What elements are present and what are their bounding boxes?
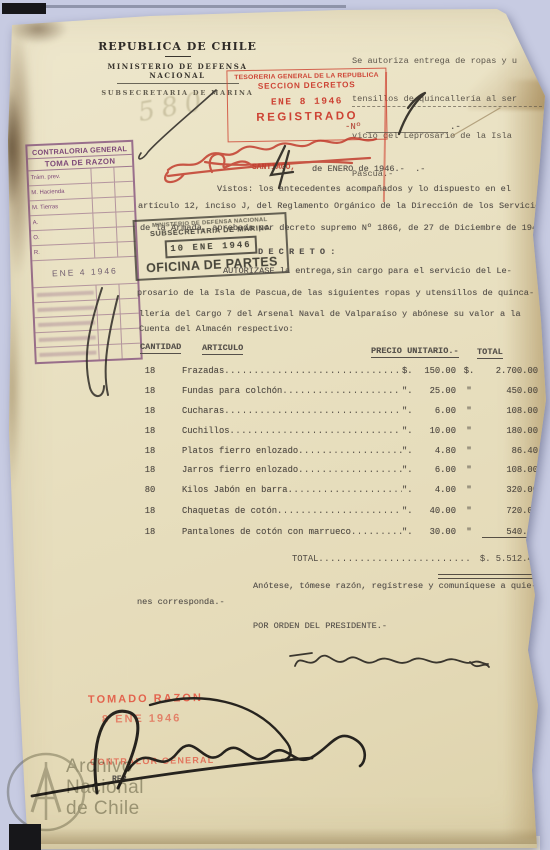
- contraloria-row-label: R.: [32, 248, 94, 257]
- cell-currency: ".: [402, 386, 418, 396]
- cell-total: 720.00: [482, 506, 538, 516]
- contraloria-col: [92, 213, 116, 228]
- illegible-text-smudge: [39, 336, 96, 342]
- watermark-line-2: Nacional: [66, 777, 144, 798]
- stamp-contraloria: CONTRALORIA GENERAL TOMA DE RAZON Trám. …: [25, 140, 142, 365]
- contraloria-col: [93, 228, 117, 243]
- contraloria-row-label: Trám. prev.: [29, 173, 91, 182]
- cell-article: Frazadas: [162, 366, 224, 376]
- doc-number-label: -Nº: [345, 122, 361, 132]
- cell-currency: ".: [402, 406, 418, 416]
- closing-line-2: nes corresponda.-: [137, 597, 225, 607]
- dot-leader: [230, 426, 402, 436]
- body-auth-2: prosario de la Isla de Pascua,de las sig…: [137, 288, 534, 298]
- letterhead-rule-2: [117, 83, 239, 84]
- illegible-text-smudge: [38, 321, 95, 327]
- cell-currency: ": [456, 465, 482, 475]
- cell-qty: 18: [138, 386, 162, 396]
- cell-qty: 18: [138, 465, 162, 475]
- contraloria-row-label: M. Hacienda: [29, 188, 91, 197]
- contraloria-col: [94, 243, 118, 258]
- cell-qty: 18: [138, 366, 162, 376]
- cell-total: 450.00: [482, 386, 538, 396]
- president-order-signature: [290, 653, 489, 667]
- cell-article: Pantalones de cotón con marrueco: [162, 527, 351, 537]
- total-label: TOTAL: [292, 554, 318, 564]
- table-row: 18Fundas para colchón".25.00"450.00: [138, 386, 538, 398]
- red-registration-signature: [165, 138, 376, 182]
- table-row: 18Frazadas$.150.00$.2.700.00: [138, 366, 538, 378]
- total-double-rule: [438, 574, 542, 579]
- letterhead-rule-1: [165, 56, 191, 57]
- contraloria-col: [98, 344, 122, 359]
- body-vistos-1: Vistos: los antecedentes acompañados y l…: [217, 184, 511, 194]
- contraloria-col: [96, 300, 120, 315]
- stamp-tesoreria: TESORERIA GENERAL DE LA REPUBLICA SECCIO…: [226, 68, 387, 143]
- illegible-text-smudge: [37, 291, 94, 297]
- contraloria-row-label: M. Tierras: [30, 203, 92, 212]
- table-row: 18Cuchillos".10.00"180.00: [138, 426, 538, 438]
- closing-line-1: Anótese, tómese razón, regístrese y comu…: [253, 581, 537, 591]
- table-total-row: TOTAL $. 5.512.40: [292, 554, 538, 564]
- cell-article: Fundas para colchón: [162, 386, 282, 396]
- cell-currency: ": [456, 446, 482, 456]
- cell-unit-price: 40.00: [418, 506, 456, 516]
- cell-qty: 18: [138, 406, 162, 416]
- film-mark-bottom: [9, 824, 41, 850]
- dot-leader: [318, 554, 472, 564]
- cell-currency: ": [456, 386, 482, 396]
- dot-leader: [288, 485, 402, 495]
- table-row: 18Cucharas".6.00"108.00: [138, 406, 538, 418]
- body-vistos-3: de la Armada, aprobada por decreto supre…: [140, 223, 547, 233]
- cell-qty: 18: [138, 426, 162, 436]
- watermark-text: Archivo Nacional de Chile: [66, 756, 144, 819]
- table-row: 80Kilos Jabón en barra".4.00"320.00: [138, 485, 538, 497]
- illegible-text-smudge: [39, 351, 96, 357]
- scan-edge-line: [46, 5, 346, 8]
- cell-currency: ": [456, 426, 482, 436]
- stamp-tesoreria-section: SECCION DECRETOS: [228, 80, 386, 92]
- dateline-rest: de ENERO de 1946.- .-: [312, 164, 425, 174]
- cell-currency: ".: [402, 485, 418, 495]
- contraloria-col: [91, 183, 115, 198]
- body-vistos-2: artículo 12, inciso J, del Reglamento Or…: [138, 201, 545, 211]
- contraloria-col: [118, 284, 138, 299]
- cell-currency: ": [456, 527, 482, 537]
- cell-currency: ".: [402, 506, 418, 516]
- contraloria-col: [120, 314, 140, 329]
- stain-left-mid: [2, 290, 22, 490]
- cell-unit-price: 25.00: [418, 386, 456, 396]
- contraloria-col: [119, 299, 139, 314]
- table-header-article: ARTICULO: [202, 343, 243, 355]
- dot-leader: [298, 446, 402, 456]
- table-row: 18Platos fierro enlozado".4.80"86.40: [138, 446, 538, 458]
- table-header-unit-price: PRECIO UNITARIO.-: [371, 346, 459, 358]
- cell-article: Platos fierro enlozado: [162, 446, 298, 456]
- dot-leader: [224, 366, 402, 376]
- dateline-city: SANTIAGO,: [252, 163, 295, 172]
- cell-article: Cuchillos: [162, 426, 230, 436]
- total-value: $. 5.512.40: [472, 554, 538, 564]
- contraloria-col: [97, 314, 121, 329]
- cell-qty: 80: [138, 485, 162, 495]
- cell-currency: ".: [402, 446, 418, 456]
- stamp-toma-razon-date: 8 ENE 1946: [102, 712, 182, 725]
- table-row: 18Chaquetas de cotón".40.00"720.00: [138, 506, 538, 518]
- cell-unit-price: 4.80: [418, 446, 456, 456]
- cell-currency: ": [456, 506, 482, 516]
- contraloria-col: [115, 197, 135, 212]
- cell-total: 86.40: [482, 446, 538, 456]
- body-auth-3: llería del Cargo 7 del Arsenal Naval de …: [139, 309, 521, 319]
- cell-currency: $.: [402, 366, 418, 376]
- cell-unit-price: 6.00: [418, 465, 456, 475]
- body-decreto: D E C R E T O :: [258, 247, 335, 257]
- contraloria-col: [121, 344, 141, 359]
- cell-total: 540.00: [482, 527, 538, 538]
- body-auth-1: AUTORIZASE la entrega,sin cargo para el …: [223, 266, 512, 276]
- dot-leader: [351, 527, 402, 537]
- stamp-toma-razon-title: TOMADO RAZON: [88, 692, 203, 706]
- contraloria-col: [113, 167, 133, 182]
- contraloria-row-label: A.: [31, 218, 93, 227]
- stain-top-left-corner: [8, 14, 68, 44]
- stamp-tesoreria-status: REGISTRADO: [228, 110, 386, 125]
- dot-leader: [282, 386, 402, 396]
- cell-qty: 18: [138, 506, 162, 516]
- dot-leader: [298, 465, 402, 475]
- table-row: 18Pantalones de cotón con marrueco".30.0…: [138, 527, 538, 539]
- cell-qty: 18: [138, 446, 162, 456]
- dot-leader: [224, 406, 402, 416]
- cell-currency: ": [456, 406, 482, 416]
- doc-number-rule: [366, 132, 448, 133]
- cell-unit-price: 30.00: [418, 527, 456, 537]
- film-mark-top: [2, 3, 46, 14]
- cell-unit-price: 4.00: [418, 485, 456, 495]
- annotation-line-1: Se autoriza entrega de ropas y u: [352, 55, 547, 68]
- stamp-oficina-date: 10 ENE 1946: [165, 236, 258, 259]
- cell-currency: ".: [402, 426, 418, 436]
- scanned-document-page: REPUBLICA DE CHILE MINISTERIO DE DEFENSA…: [0, 0, 550, 850]
- illegible-text-smudge: [37, 306, 94, 312]
- closing-order: POR ORDEN DEL PRESIDENTE.-: [253, 621, 387, 631]
- cell-total: 108.00: [482, 406, 538, 416]
- cell-total: 108.00: [482, 465, 538, 475]
- table-header-qty: CANTIDAD: [140, 342, 181, 354]
- watermark-line-3: de Chile: [66, 798, 144, 819]
- contraloria-col: [92, 198, 116, 213]
- cell-article: Kilos Jabón en barra: [162, 485, 288, 495]
- cell-currency: ".: [402, 465, 418, 475]
- paper-sheet: REPUBLICA DE CHILE MINISTERIO DE DEFENSA…: [0, 0, 550, 850]
- paper-wrap: REPUBLICA DE CHILE MINISTERIO DE DEFENSA…: [0, 0, 550, 850]
- cell-unit-price: 150.00: [418, 366, 456, 376]
- cell-total: 180.00: [482, 426, 538, 436]
- contraloria-col: [90, 168, 114, 183]
- body-auth-4: Cuenta del Almacén respectivo:: [139, 324, 294, 334]
- letterhead-country: REPUBLICA DE CHILE: [85, 40, 270, 53]
- cell-total: 2.700.00: [482, 366, 538, 376]
- table-header-total: TOTAL: [477, 347, 503, 359]
- cell-unit-price: 10.00: [418, 426, 456, 436]
- cell-total: 320.00: [482, 485, 538, 495]
- watermark-line-1: Archivo: [66, 756, 144, 777]
- contraloria-col: [120, 329, 140, 344]
- contraloria-col: [114, 182, 134, 197]
- doc-number-suffix: .-: [450, 122, 461, 132]
- contraloria-row-label: O.: [31, 233, 93, 242]
- cell-article: Cucharas: [162, 406, 224, 416]
- dot-leader: [277, 506, 402, 516]
- cell-article: Jarros fierro enlozado: [162, 465, 298, 475]
- contraloria-col: [97, 329, 121, 344]
- stamp-tesoreria-date: ENE 8 1946: [228, 95, 386, 109]
- cell-currency: $.: [456, 366, 482, 376]
- cell-qty: 18: [138, 527, 162, 537]
- table-row: 18Jarros fierro enlozado".6.00"108.00: [138, 465, 538, 477]
- cell-currency: ".: [402, 527, 418, 537]
- stain-left-dark: [0, 88, 22, 208]
- cell-unit-price: 6.00: [418, 406, 456, 416]
- cell-article: Chaquetas de cotón: [162, 506, 277, 516]
- cell-currency: ": [456, 485, 482, 495]
- contraloria-col: [95, 285, 119, 300]
